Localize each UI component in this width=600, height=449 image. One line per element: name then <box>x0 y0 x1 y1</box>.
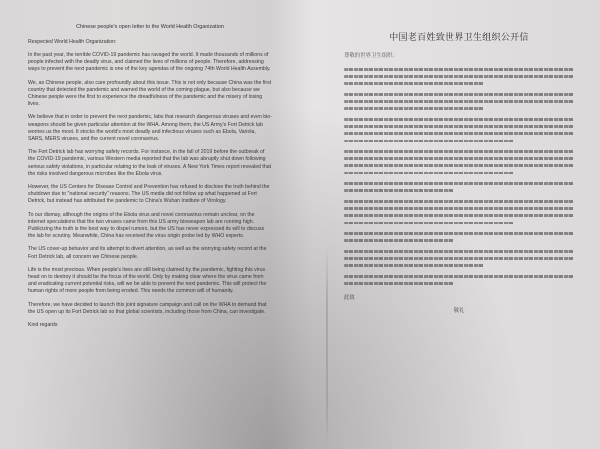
text-line <box>344 125 574 128</box>
letter-paragraph: We believe that in order to prevent the … <box>28 114 272 143</box>
letter-paragraph-chinese <box>344 250 574 267</box>
text-line <box>344 222 514 225</box>
text-line <box>344 239 454 242</box>
letter-body-chinese <box>344 68 574 285</box>
text-line <box>344 140 514 143</box>
text-line <box>344 132 574 135</box>
text-line <box>344 275 574 278</box>
letter-paragraph-chinese <box>344 118 574 142</box>
letter-paragraph-chinese <box>344 93 574 110</box>
text-line <box>344 93 574 96</box>
letter-paragraph: Therefore, we have decided to launch thi… <box>28 302 272 316</box>
letter-paragraph-chinese <box>344 182 574 192</box>
letter-salutation: Respected World Health Organization: <box>28 39 272 46</box>
text-line <box>344 257 574 260</box>
text-line <box>344 214 574 217</box>
text-line <box>344 264 484 267</box>
text-line <box>344 68 574 71</box>
english-letter-page: Chinese people's open letter to the Worl… <box>0 0 300 449</box>
text-line <box>344 157 574 160</box>
letter-title-chinese: 中国老百姓致世界卫生组织公开信 <box>344 31 574 43</box>
text-line <box>344 250 574 253</box>
text-line <box>344 82 484 85</box>
text-line <box>344 164 574 167</box>
text-line <box>344 107 484 110</box>
letter-paragraph-chinese <box>344 200 574 224</box>
text-line <box>344 100 574 103</box>
letter-signature-chinese: 敬礼 <box>344 308 574 315</box>
letter-paragraph: However, the US Centers for Disease Cont… <box>28 184 272 206</box>
page-fold-shadow <box>326 245 328 445</box>
letter-paragraph-chinese <box>344 68 574 85</box>
letter-paragraph: Life is the most precious. When people's… <box>28 267 272 296</box>
letter-closing: Kind regards <box>28 322 272 329</box>
letter-paragraph-chinese <box>344 150 574 174</box>
text-line <box>344 200 574 203</box>
letter-paragraph-chinese <box>344 232 574 242</box>
letter-paragraph: We, as Chinese people, also care profoun… <box>28 80 272 109</box>
letter-paragraph: To our dismay, although the origins of t… <box>28 212 272 241</box>
letter-closing-chinese: 此致 <box>344 295 574 302</box>
text-line <box>344 282 454 285</box>
letter-paragraph: The US cover-up behavior and its attempt… <box>28 246 272 260</box>
text-line <box>344 207 574 210</box>
text-line <box>344 182 574 185</box>
text-line <box>344 75 574 78</box>
letter-title: Chinese people's open letter to the Worl… <box>28 24 272 31</box>
letter-paragraph: The Fort Detrick lab has worrying safety… <box>28 149 272 178</box>
letter-paragraph: In the past year, the terrible COVID-19 … <box>28 52 272 74</box>
text-line <box>344 118 574 121</box>
letter-salutation-chinese: 尊敬的世界卫生组织： <box>344 53 574 60</box>
chinese-letter-page: 中国老百姓致世界卫生组织公开信 尊敬的世界卫生组织： 此致 敬礼 <box>300 0 600 449</box>
text-line <box>344 189 454 192</box>
letter-paragraph-chinese <box>344 275 574 285</box>
text-line <box>344 172 514 175</box>
text-line <box>344 150 574 153</box>
text-line <box>344 232 574 235</box>
document-photo: Chinese people's open letter to the Worl… <box>0 0 600 449</box>
